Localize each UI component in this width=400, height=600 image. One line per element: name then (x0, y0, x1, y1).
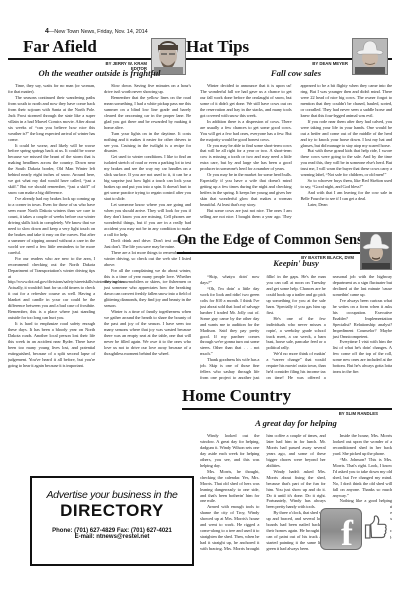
article-paragraph: So to whoever buys them, like Red Skelto… (301, 178, 393, 190)
article-paragraph: Mrs. Morris, he thought, checking the ca… (200, 469, 259, 505)
directory-ad-email: E-mail: ntnews@restel.net (32, 534, 192, 540)
article-paragraph: And with that I am leaving for the cow s… (301, 190, 393, 202)
article-paragraph: Remember that the yellow lines on the ro… (104, 95, 191, 131)
article-paragraph: “Oh, I'm doin' a little day work for Ioo… (200, 286, 259, 357)
home-country-rule (182, 408, 392, 410)
article-paragraph: Time, they say, waits for no man (or wom… (8, 83, 95, 95)
newspaper-page: 4—New Town News, Friday, Nov. 14, 2014 F… (0, 0, 400, 600)
article-paragraph: I've already had my brakes lock up comin… (8, 196, 95, 256)
directory-ad-tagline: Advertise your business in the (32, 489, 192, 501)
hat-tips-body: Winter decided to announce that it is up… (200, 83, 392, 228)
hat-tips-subhead: Fall cow sales (200, 68, 392, 78)
article-paragraph: Slow down. Saving five minutes on a hour… (104, 83, 191, 95)
home-country-subhead: A great day for helping (200, 418, 392, 428)
far-afield-title: Far Afield (23, 37, 97, 57)
article-paragraph: Get used to winter conditions. I like to… (104, 154, 191, 202)
facebook-like-badge: f (320, 505, 390, 553)
hat-tips-title: Hat Tips (186, 37, 249, 57)
thumbs-up-icon (364, 512, 390, 547)
article-paragraph: “Mr. Johnson? This is Mrs. Morris. That'… (333, 457, 392, 499)
article-paragraph: The seasons continued their wandering pa… (8, 95, 95, 143)
far-afield-body: Time, they say, waits for no man (or wom… (8, 83, 191, 474)
common-sense-subhead: Keepin' busy (200, 258, 392, 268)
article-paragraph: Windy looked out the window. A great day… (200, 433, 259, 469)
facebook-icon: f (320, 508, 362, 550)
article-paragraph: Or you may be in the market for some her… (200, 172, 292, 208)
article-paragraph: I've always been curious what he writes … (333, 298, 392, 340)
article-paragraph: He's one of the few individuals who neve… (266, 316, 325, 352)
article-paragraph: In addition there is a dispersion of cow… (200, 119, 292, 143)
directory-ad-title: DIRECTORY (32, 501, 192, 521)
home-country-title: Home Country (182, 386, 291, 406)
masthead-text: —New Town News, Friday, Nov. 14, 2014 (49, 29, 148, 35)
article-paragraph: For our readers who are new to the area,… (8, 256, 95, 321)
article-paragraph: Later, Dean (301, 202, 393, 208)
common-sense-body: “Skip, whatya doin' now days?”“Oh, I'm d… (200, 274, 392, 385)
article-paragraph: If you rode near them after they had cal… (301, 119, 393, 149)
facebook-letter: f (341, 518, 353, 548)
article-paragraph: Windy hadn't asked Mrs. Morris about fix… (266, 469, 325, 511)
article-paragraph: By three o'clock, that shed was up and b… (266, 510, 325, 552)
article-paragraph: It is hard to emphasize road safety enou… (8, 321, 95, 369)
common-sense-title: On the Edge of Common Sense (177, 232, 369, 249)
hat-tips-byline: BY DEAN MEYER (312, 61, 348, 66)
article-paragraph: Winter is a time of family togetherness … (104, 309, 191, 357)
article-paragraph: Inside the house, Mrs. Morris looked out… (333, 433, 392, 457)
article-paragraph: Everytime I visit with him the list of w… (333, 339, 392, 375)
article-paragraph: But with these grand kids that help ride… (301, 148, 393, 178)
article-paragraph: “Skip, whatya doin' now days?” (200, 274, 259, 286)
article-paragraph: Or you may be able to find some short-te… (200, 143, 292, 173)
article-paragraph: Winter decided to announce that it is up… (200, 83, 292, 119)
article-paragraph: Turn your lights on in the daytime. It c… (104, 131, 191, 155)
directory-ad: Advertise your business in the DIRECTORY… (30, 476, 194, 566)
masthead: 4—New Town News, Friday, Nov. 14, 2014 (45, 28, 148, 35)
article-paragraph: For all the complaining we do about wint… (104, 268, 191, 310)
home-country-byline: BY SLIM RANDLES (339, 411, 378, 416)
far-afield-subhead: Oh the weather outside is frightful (8, 68, 191, 78)
article-paragraph: It could be worse, and likely will be wo… (8, 143, 95, 197)
